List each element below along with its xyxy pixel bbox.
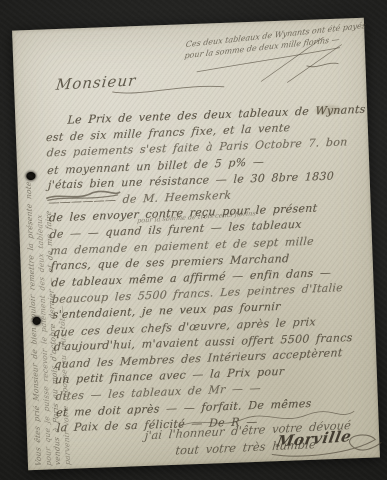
top-right-annotation: Ces deux tableaux de Wynants ont été pay… — [184, 22, 356, 61]
letter-body: Le Prix de vente des deux tableaux de Wy… — [45, 102, 373, 437]
scanned-letter-page: Ces deux tableaux de Wynants ont été pay… — [0, 0, 387, 480]
margin-writing: Vous êtes prié Monsieur de bien vouloir … — [18, 41, 72, 466]
salutation: Monsieur — [55, 71, 137, 93]
letter-paper: Ces deux tableaux de Wynants ont été pay… — [12, 18, 380, 471]
